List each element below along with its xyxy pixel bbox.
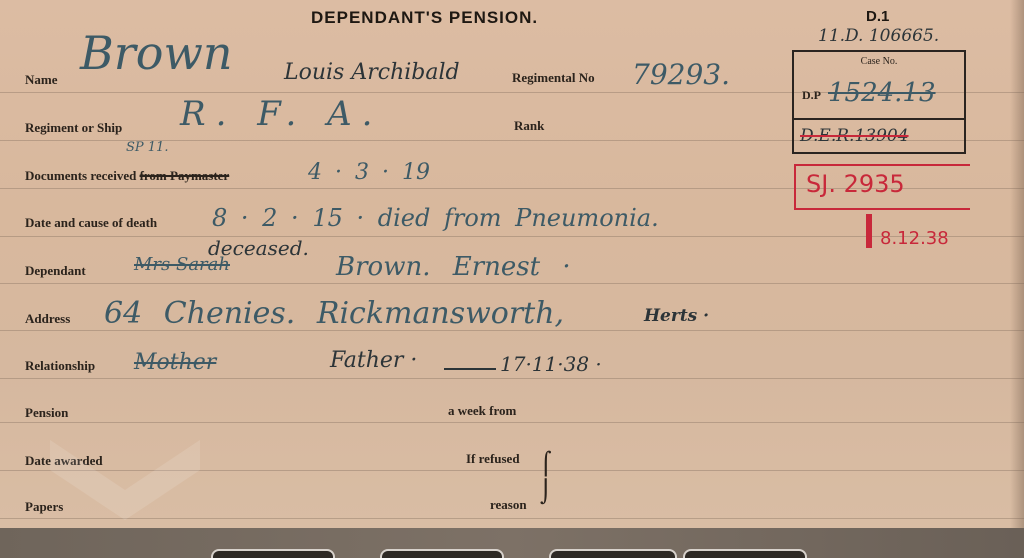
death-value: 8 · 2 · 15 · died from Pneumonia.	[212, 204, 659, 232]
viewer-button-2[interactable]	[380, 549, 504, 558]
pension-label: Pension	[25, 405, 68, 421]
reference-number: 11.D. 106665.	[818, 26, 939, 46]
documents-received-struck: from Paymaster	[140, 168, 230, 183]
if-refused-label: If refused	[466, 451, 520, 467]
death-label: Date and cause of death	[25, 215, 157, 231]
viewer-button-1[interactable]	[211, 549, 335, 558]
card-edge-shadow	[1010, 0, 1024, 528]
ruled-line	[0, 283, 1024, 284]
relationship-label: Relationship	[25, 358, 95, 374]
case-box-divider	[794, 118, 964, 120]
dependant-insert: deceased.	[208, 236, 309, 260]
rank-label: Rank	[514, 118, 544, 134]
pension-card: DEPENDANT'S PENSION. D.1 11.D. 106665. C…	[0, 0, 1024, 528]
relationship-value: Father ·	[330, 348, 417, 373]
address-county: Herts ·	[644, 306, 709, 326]
week-from-label: a week from	[448, 403, 516, 419]
red-stamp-mark	[866, 214, 872, 248]
ruled-line	[0, 378, 1024, 379]
case-number-box: Case No. D.P 1524.13 D.E.R.13904	[792, 50, 966, 154]
regiment-note: SP 11.	[126, 140, 168, 155]
name-surname: Brown	[80, 26, 233, 80]
viewer-toolbar	[0, 528, 1024, 558]
dependant-value: Brown. Ernest ·	[336, 252, 571, 282]
red-stamp-code: SJ. 2935	[806, 170, 905, 198]
reason-label: reason	[490, 497, 527, 513]
name-label: Name	[25, 72, 58, 88]
dp-value: 1524.13	[828, 78, 936, 108]
dependant-label: Dependant	[25, 263, 86, 279]
relationship-date: 17·11·38 ·	[500, 352, 602, 376]
refused-brace-bottom: ⌡	[540, 480, 551, 505]
relationship-struck-value: Mother	[134, 350, 216, 375]
ruled-line	[0, 422, 1024, 423]
documents-received-date: 4 · 3 · 19	[308, 160, 430, 185]
relationship-struck-mark	[444, 368, 496, 370]
regimental-no-label: Regimental No	[512, 70, 595, 86]
red-stamp-date: 8.12.38	[880, 228, 949, 249]
name-forenames: Louis Archibald	[284, 60, 460, 85]
dp-label: D.P	[802, 88, 821, 103]
form-number: D.1	[866, 8, 889, 25]
address-value: 64 Chenies. Rickmansworth,	[104, 296, 564, 331]
der-value: D.E.R.13904	[800, 126, 909, 146]
watermark-logo-icon	[40, 430, 210, 528]
regimental-no-value: 79293.	[632, 58, 730, 91]
refused-brace-top: ⌠	[540, 452, 551, 477]
regiment-value: R. F. A.	[180, 94, 383, 134]
documents-received-label: Documents received from Paymaster	[25, 168, 229, 184]
address-label: Address	[25, 311, 70, 327]
card-title: DEPENDANT'S PENSION.	[311, 8, 538, 28]
viewer-button-4[interactable]	[683, 549, 807, 558]
regiment-label: Regiment or Ship	[25, 120, 122, 136]
case-no-caption: Case No.	[794, 56, 964, 67]
viewer-button-3[interactable]	[549, 549, 677, 558]
documents-received-text: Documents received	[25, 168, 136, 183]
